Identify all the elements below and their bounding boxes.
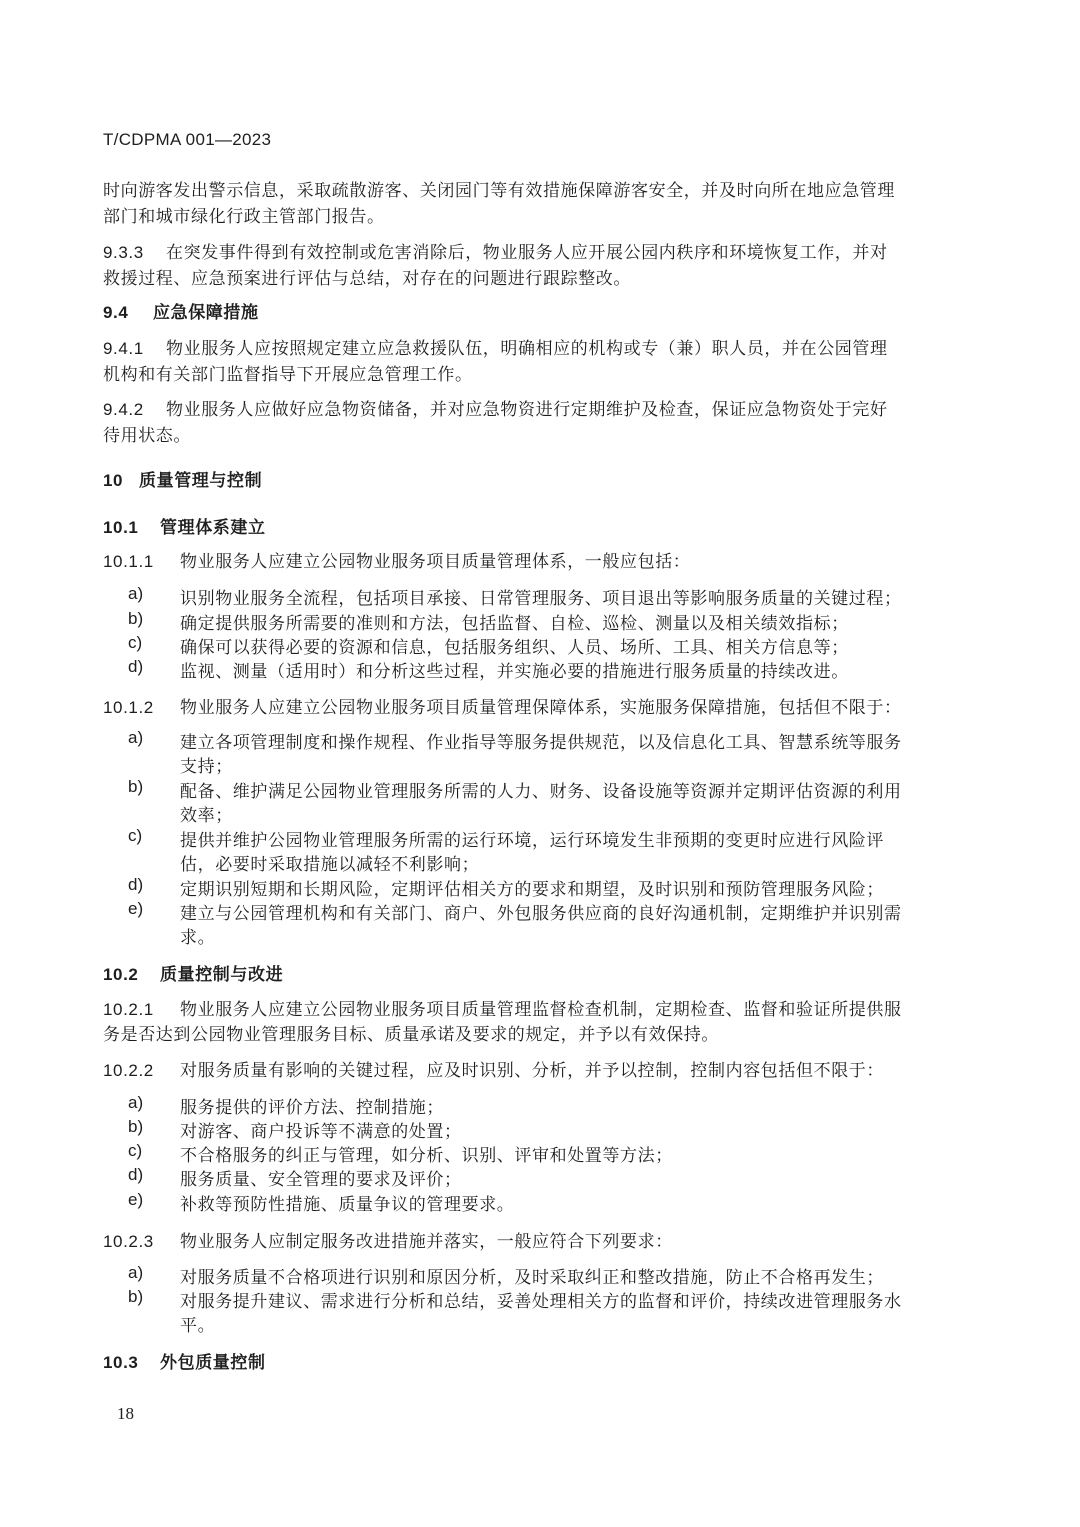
clause-text: 物业服务人应做好应急物资储备，并对应急物资进行定期维护及检查，保证应急物资处于完… — [166, 400, 888, 420]
clause-number: 10.2.3 — [103, 1232, 180, 1252]
list-item: 对游客、商户投诉等不满意的处置； — [180, 1117, 462, 1142]
paragraph-line: 机构和有关部门监督指导下开展应急管理工作。 — [103, 360, 473, 385]
list-item: 监视、测量（适用时）和分析这些过程，并实施必要的措施进行服务质量的持续改进。 — [180, 657, 849, 682]
list-item-letter: c) — [128, 826, 142, 846]
list-item-letter: b) — [128, 777, 143, 797]
clause-10-1-2: 10.1.2物业服务人应建立公园物业服务项目质量管理保障体系，实施服务保障措施，… — [103, 693, 902, 718]
clause-number: 9.3.3 — [103, 243, 166, 263]
list-item-continuation: 支持； — [180, 752, 233, 777]
clause-10-2-3: 10.2.3物业服务人应制定服务改进措施并落实，一般应符合下列要求： — [103, 1227, 673, 1252]
clause-text: 在突发事件得到有效控制或危害消除后，物业服务人应开展公园内秩序和环境恢复工作，并… — [166, 243, 888, 263]
clause-text: 物业服务人应建立公园物业服务项目质量管理保障体系，实施服务保障措施，包括但不限于… — [180, 698, 902, 718]
chapter-heading-10: 10质量管理与控制 — [103, 466, 262, 491]
chapter-number: 10 — [103, 471, 139, 491]
chapter-title: 质量管理与控制 — [139, 471, 262, 491]
section-number: 10.2 — [103, 965, 160, 985]
clause-number: 10.2.2 — [103, 1061, 180, 1081]
section-number: 10.1 — [103, 518, 160, 538]
list-item-letter: c) — [128, 1141, 142, 1161]
list-item: 定期识别短期和长期风险，定期评估相关方的要求和期望，及时识别和预防管理服务风险； — [180, 875, 884, 900]
list-item-letter: d) — [128, 657, 143, 677]
clause-10-1-1: 10.1.1物业服务人应建立公园物业服务项目质量管理体系，一般应包括： — [103, 547, 690, 572]
list-item: 配备、维护满足公园物业管理服务所需的人力、财务、设备设施等资源并定期评估资源的利… — [180, 777, 902, 802]
list-item: 建立各项管理制度和操作规程、作业指导等服务提供规范，以及信息化工具、智慧系统等服… — [180, 728, 902, 753]
section-heading-10-2: 10.2质量控制与改进 — [103, 960, 283, 985]
paragraph-line: 部门和城市绿化行政主管部门报告。 — [103, 202, 385, 227]
clause-number: 10.1.2 — [103, 698, 180, 718]
section-heading-10-1: 10.1管理体系建立 — [103, 513, 266, 538]
clause-number: 9.4.2 — [103, 400, 166, 420]
list-item: 建立与公园管理机构和有关部门、商户、外包服务供应商的良好沟通机制，定期维护并识别… — [180, 899, 902, 924]
clause-number: 10.1.1 — [103, 552, 180, 572]
clause-10-2-2: 10.2.2对服务质量有影响的关键过程，应及时识别、分析，并予以控制，控制内容包… — [103, 1056, 884, 1081]
clause-text: 物业服务人应建立公园物业服务项目质量管理体系，一般应包括： — [180, 552, 690, 572]
section-title: 质量控制与改进 — [160, 965, 283, 985]
paragraph-line: 救援过程、应急预案进行评估与总结，对存在的问题进行跟踪整改。 — [103, 264, 631, 289]
paragraph-line: 时向游客发出警示信息，采取疏散游客、关闭园门等有效措施保障游客安全，并及时向所在… — [103, 176, 895, 201]
list-item: 对服务质量不合格项进行识别和原因分析，及时采取纠正和整改措施，防止不合格再发生； — [180, 1263, 884, 1288]
paragraph-line: 务是否达到公园物业管理服务目标、质量承诺及要求的规定，并予以有效保持。 — [103, 1020, 719, 1045]
list-item-letter: b) — [128, 609, 143, 629]
list-item-letter: e) — [128, 1190, 143, 1210]
clause-number: 10.2.1 — [103, 1000, 180, 1020]
list-item-letter: d) — [128, 875, 143, 895]
document-page: T/CDPMA 001—2023 时向游客发出警示信息，采取疏散游客、关闭园门等… — [0, 0, 1080, 1527]
document-id: T/CDPMA 001—2023 — [103, 130, 271, 150]
list-item: 服务质量、安全管理的要求及评价； — [180, 1165, 462, 1190]
list-item-letter: a) — [128, 584, 143, 604]
list-item: 确定提供服务所需要的准则和方法，包括监督、自检、巡检、测量以及相关绩效指标； — [180, 609, 849, 634]
clause-10-2-1: 10.2.1物业服务人应建立公园物业服务项目质量管理监督检查机制，定期检查、监督… — [103, 995, 902, 1020]
list-item-continuation: 效率； — [180, 801, 233, 826]
section-title: 管理体系建立 — [160, 518, 266, 538]
paragraph-line: 待用状态。 — [103, 421, 191, 446]
section-title: 外包质量控制 — [160, 1353, 266, 1373]
section-number: 10.3 — [103, 1353, 160, 1373]
clause-text: 物业服务人应建立公园物业服务项目质量管理监督检查机制，定期检查、监督和验证所提供… — [180, 1000, 902, 1020]
list-item-letter: b) — [128, 1287, 143, 1307]
clause-number: 9.4.1 — [103, 339, 166, 359]
list-item: 服务提供的评价方法、控制措施； — [180, 1093, 444, 1118]
clause-text: 物业服务人应制定服务改进措施并落实，一般应符合下列要求： — [180, 1232, 673, 1252]
section-heading-9-4: 9.4应急保障措施 — [103, 298, 259, 323]
list-item-letter: d) — [128, 1165, 143, 1185]
list-item: 对服务提升建议、需求进行分析和总结，妥善处理相关方的监督和评价，持续改进管理服务… — [180, 1287, 902, 1312]
list-item: 提供并维护公园物业管理服务所需的运行环境，运行环境发生非预期的变更时应进行风险评 — [180, 826, 884, 851]
clause-9-4-2: 9.4.2物业服务人应做好应急物资储备，并对应急物资进行定期维护及检查，保证应急… — [103, 395, 888, 420]
clause-9-3-3: 9.3.3在突发事件得到有效控制或危害消除后，物业服务人应开展公园内秩序和环境恢… — [103, 238, 888, 263]
list-item-continuation: 平。 — [180, 1311, 215, 1336]
clause-text: 对服务质量有影响的关键过程，应及时识别、分析，并予以控制，控制内容包括但不限于： — [180, 1061, 884, 1081]
section-heading-10-3: 10.3外包质量控制 — [103, 1348, 266, 1373]
list-item-letter: b) — [128, 1117, 143, 1137]
list-item: 识别物业服务全流程，包括项目承接、日常管理服务、项目退出等影响服务质量的关键过程… — [180, 584, 902, 609]
clause-text: 物业服务人应按照规定建立应急救援队伍，明确相应的机构或专（兼）职人员，并在公园管… — [166, 339, 888, 359]
section-number: 9.4 — [103, 303, 153, 323]
list-item-letter: a) — [128, 728, 143, 748]
list-item: 确保可以获得必要的资源和信息，包括服务组织、人员、场所、工具、相关方信息等； — [180, 633, 849, 658]
list-item-letter: e) — [128, 899, 143, 919]
list-item-letter: c) — [128, 633, 142, 653]
list-item-letter: a) — [128, 1093, 143, 1113]
clause-9-4-1: 9.4.1物业服务人应按照规定建立应急救援队伍，明确相应的机构或专（兼）职人员，… — [103, 334, 888, 359]
page-number: 18 — [117, 1404, 134, 1424]
list-item-continuation: 求。 — [180, 923, 215, 948]
list-item-letter: a) — [128, 1263, 143, 1283]
section-title: 应急保障措施 — [153, 303, 259, 323]
list-item: 不合格服务的纠正与管理，如分析、识别、评审和处置等方法； — [180, 1141, 673, 1166]
list-item: 补救等预防性措施、质量争议的管理要求。 — [180, 1190, 514, 1215]
list-item-continuation: 估，必要时采取措施以减轻不利影响； — [180, 850, 479, 875]
